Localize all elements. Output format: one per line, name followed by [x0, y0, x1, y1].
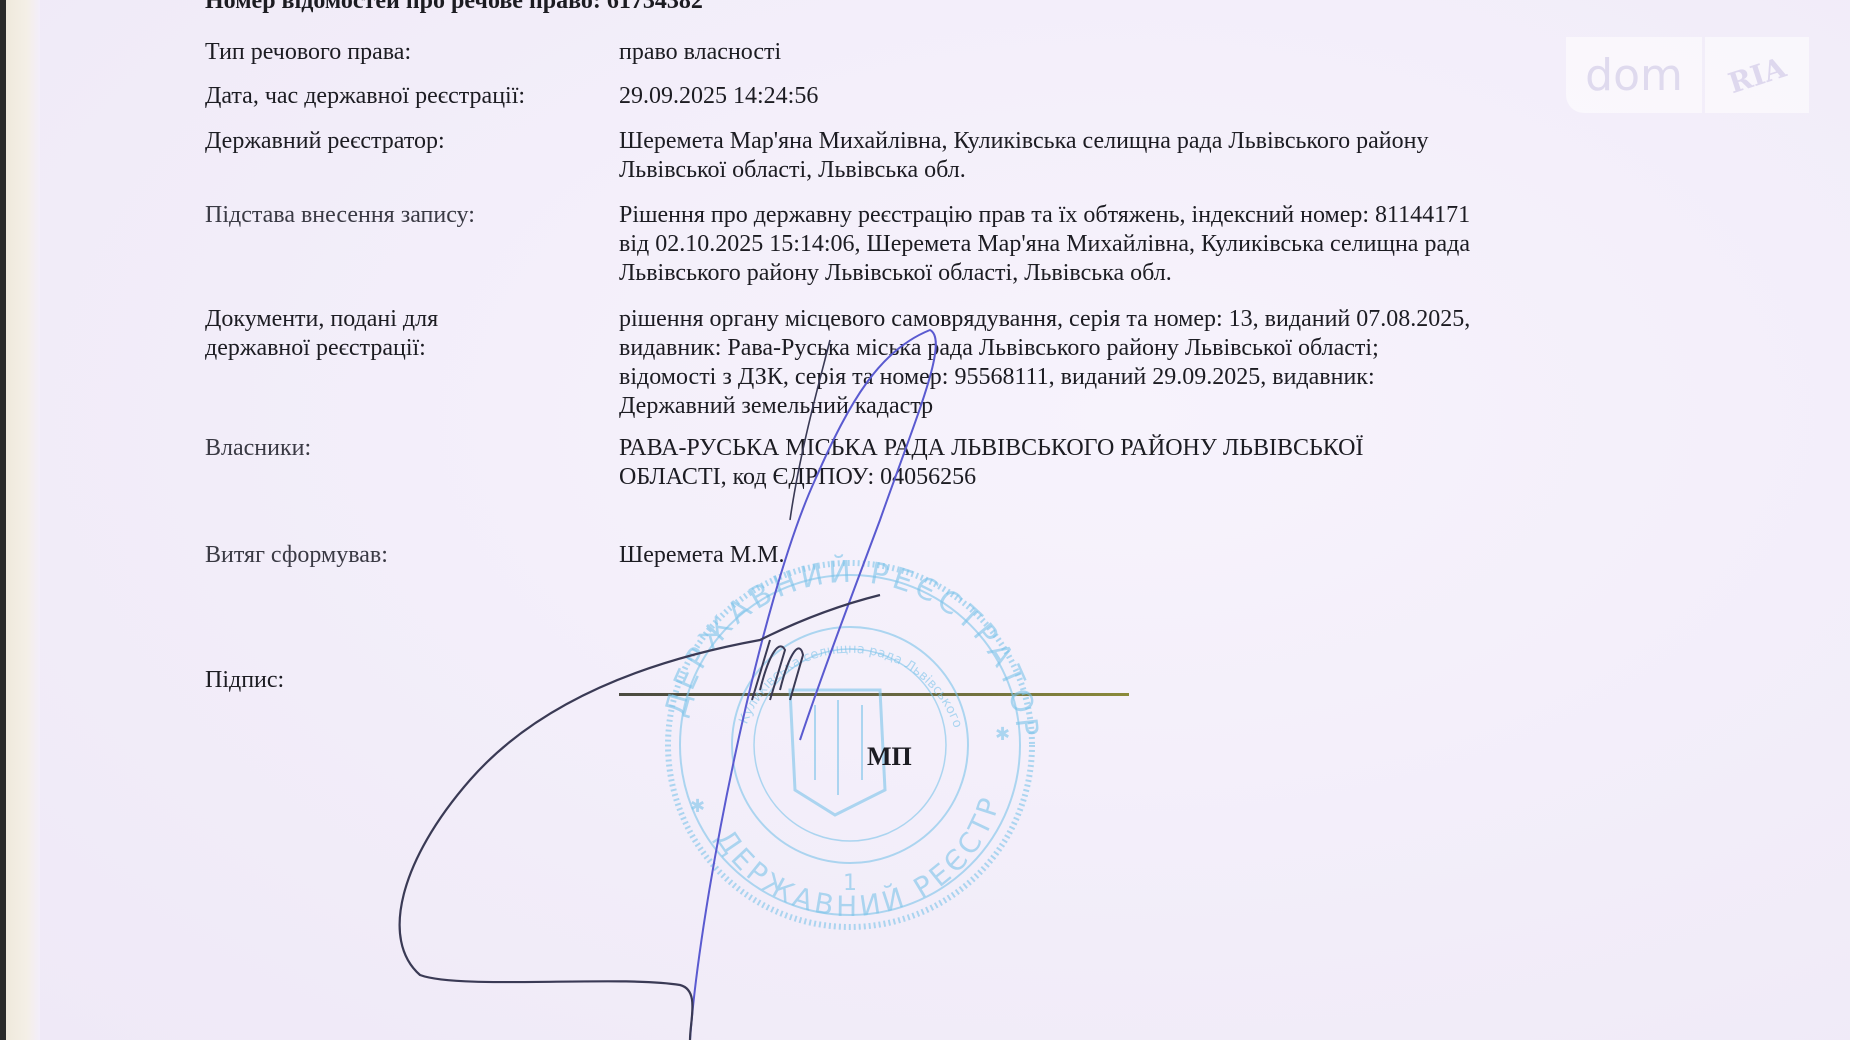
label-registration-date: Дата, час державної реєстрації: — [205, 82, 525, 111]
scan-left-margin — [6, 0, 40, 1040]
label-entry-basis: Підстава внесення запису: — [205, 201, 475, 230]
value-owners: РАВА-РУСЬКА МІСЬКА РАДА ЛЬВІВСЬКОГО РАЙО… — [619, 434, 1363, 492]
watermark-ria-text: RIA — [1724, 50, 1789, 99]
label-extract-formed-by: Витяг сформував: — [205, 541, 388, 570]
label-owners: Власники: — [205, 434, 311, 463]
value-right-type: право власності — [619, 38, 781, 67]
value-entry-basis: Рішення про державну реєстрацію прав та … — [619, 201, 1470, 288]
domria-watermark: dom RIA — [1566, 37, 1810, 113]
label-registrar: Державний реєстратор: — [205, 127, 445, 156]
label-right-type: Тип речового права: — [205, 38, 411, 67]
watermark-ria-logo: RIA — [1705, 37, 1809, 113]
value-extract-formed-by: Шеремета М.М. — [619, 541, 784, 570]
value-submitted-documents: рішення органу місцевого самоврядування,… — [619, 305, 1470, 421]
value-registration-date: 29.09.2025 14:24:56 — [619, 82, 818, 111]
value-registrar: Шеремета Мар'яна Михайлівна, Куликівська… — [619, 127, 1428, 185]
rights-record-number-heading: Номер відомостей про речове право: 61734… — [205, 0, 703, 15]
label-signature: Підпис: — [205, 666, 284, 695]
signature-line — [619, 693, 1129, 696]
stamp-mark-mp: МП — [867, 742, 912, 772]
watermark-dom-text: dom — [1566, 37, 1702, 113]
label-submitted-documents: Документи, подані для державної реєстрац… — [205, 305, 438, 363]
